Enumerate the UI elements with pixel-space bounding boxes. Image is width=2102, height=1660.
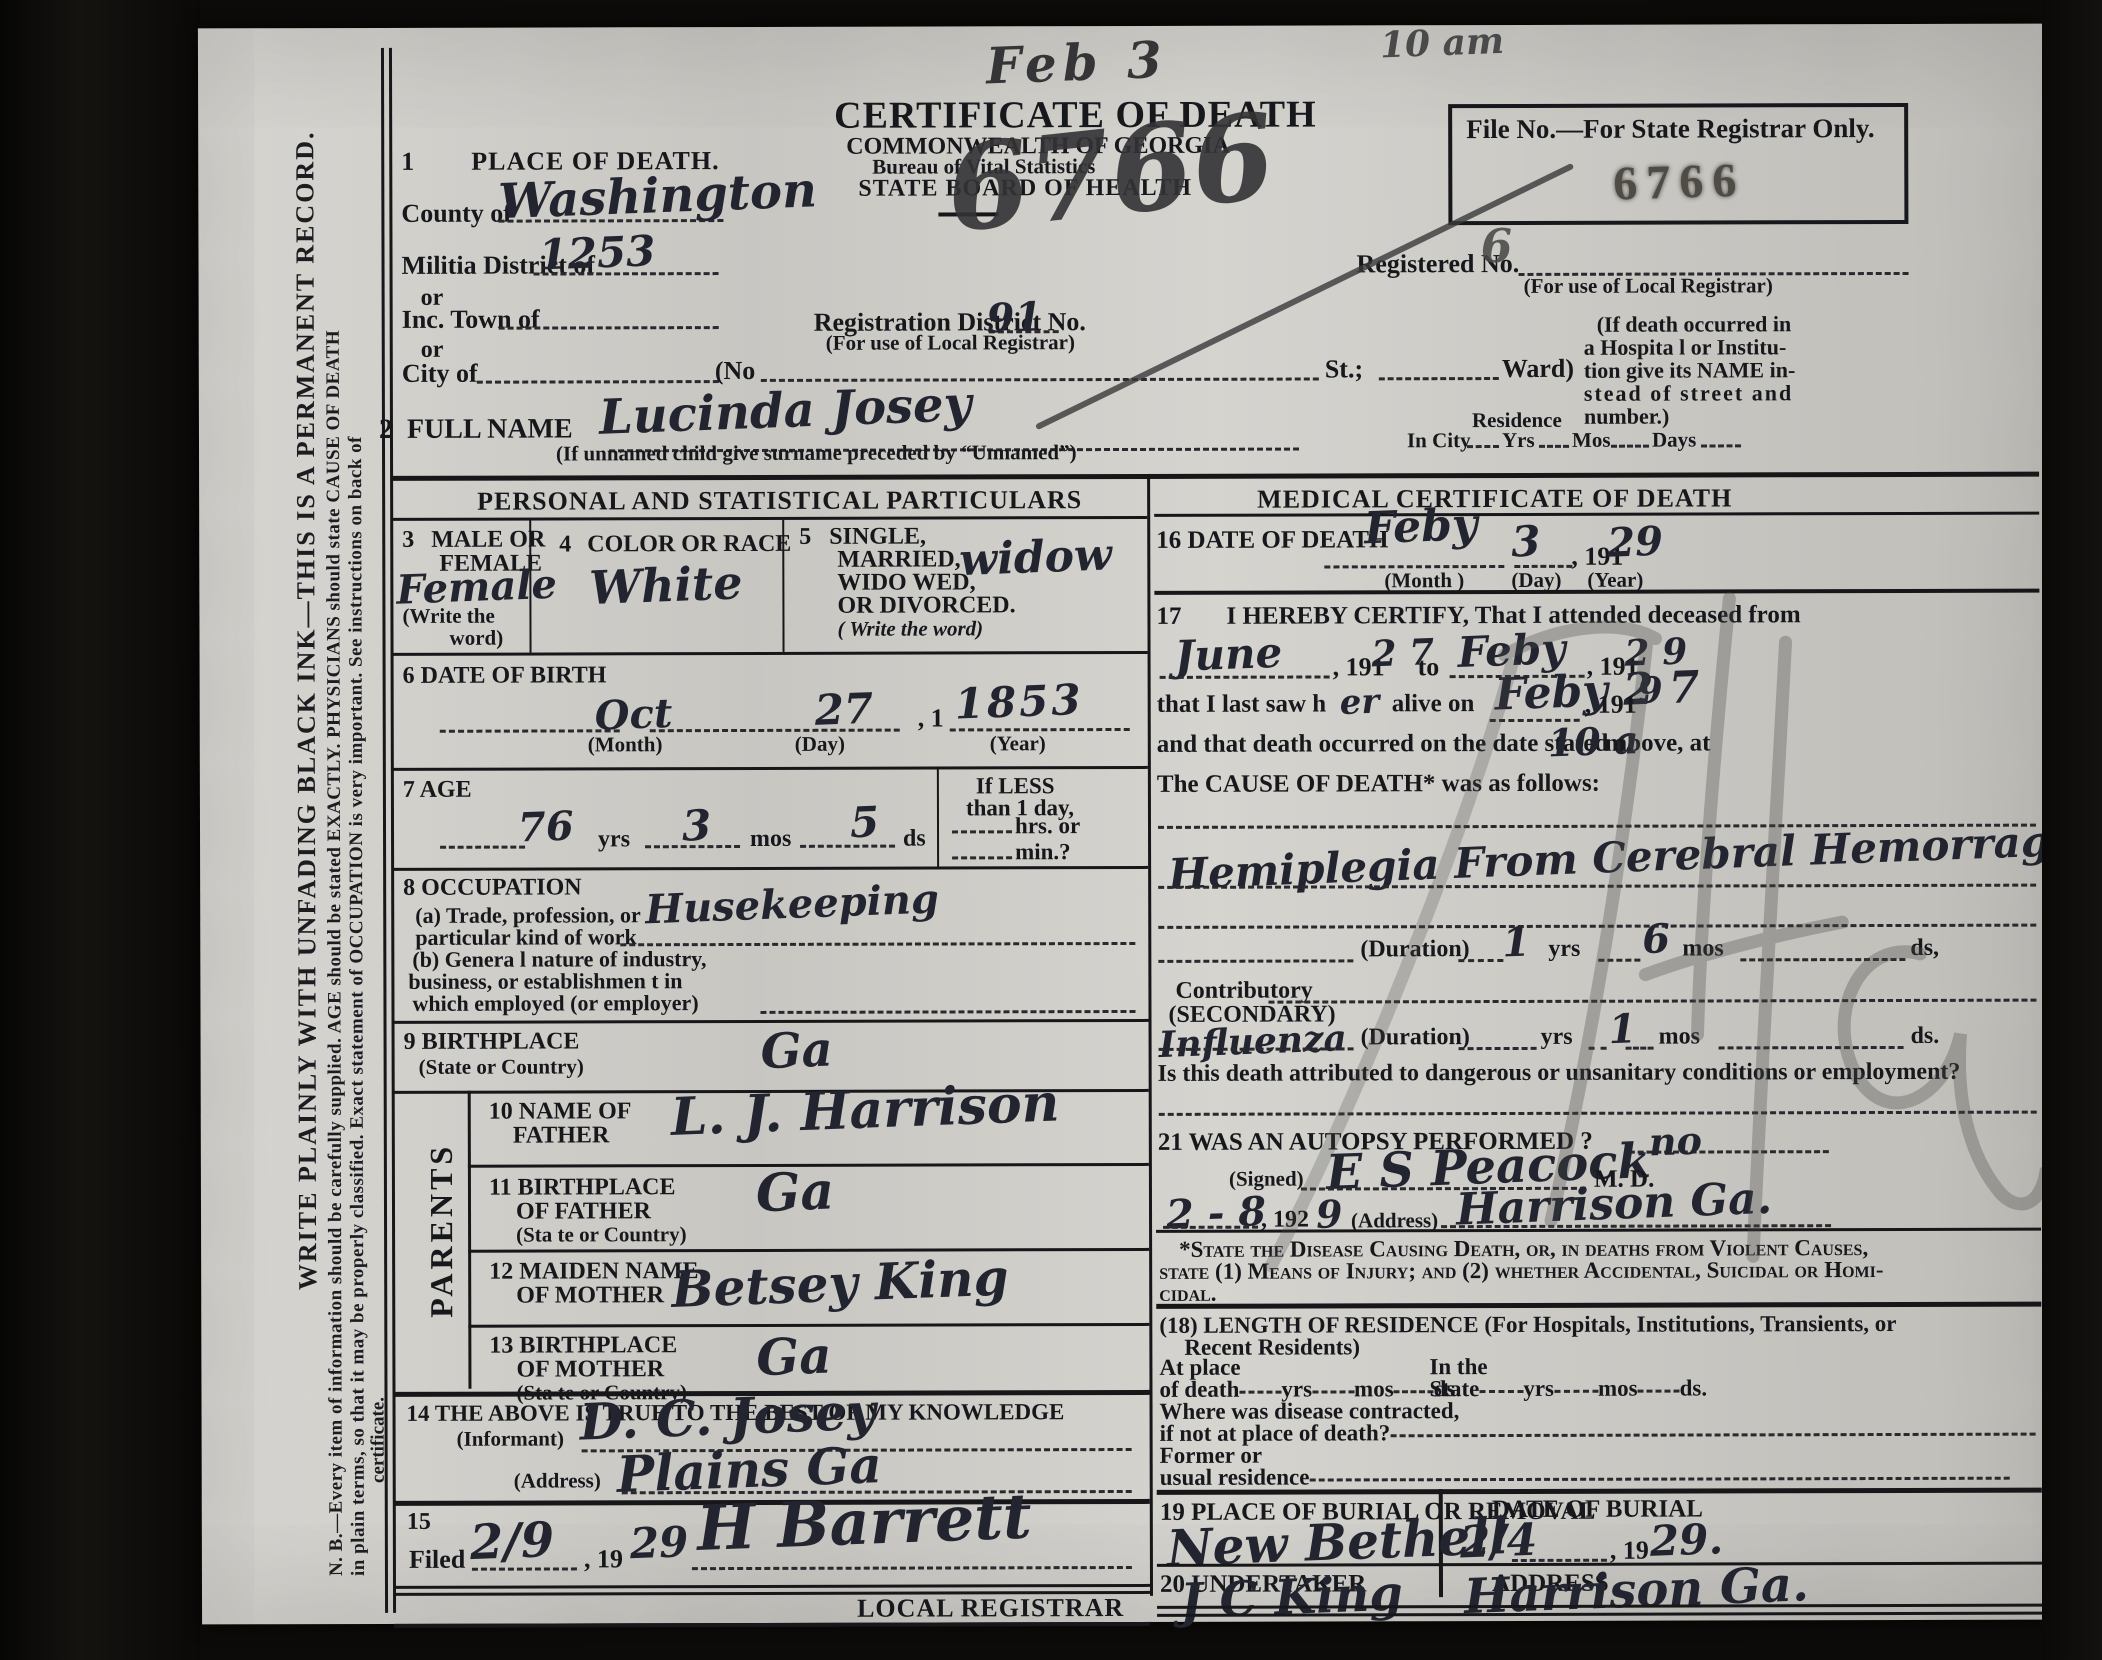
field16-day-caption: (Day) xyxy=(1511,569,1561,591)
duration2-years-caption: yrs xyxy=(1541,1025,1573,1050)
field3-label-line1: MALE OR xyxy=(431,528,545,553)
field5-value: widow xyxy=(959,533,1113,583)
residence-dash-2 xyxy=(1539,443,1569,448)
pencil-top-time: 10 am xyxy=(1379,23,1504,64)
field16-year-caption: (Year) xyxy=(1587,569,1643,591)
field8-b-dashline xyxy=(760,1008,1135,1014)
fullname-note: (If unnamed child give surname preceded … xyxy=(556,441,1077,464)
margin-note-terms: in plain terms, so that it may be proper… xyxy=(345,436,370,1576)
field12-value: Betsey King xyxy=(670,1252,1009,1315)
no-label: (No xyxy=(715,357,756,384)
duration1-years-caption: yrs xyxy=(1548,937,1580,962)
duration2-label: (Duration) xyxy=(1361,1025,1470,1050)
field7-less-line3: hrs. or xyxy=(1015,814,1080,838)
field1-number: 1 xyxy=(401,148,414,175)
filed-label: Filed xyxy=(409,1546,465,1573)
duration1-label: (Duration) xyxy=(1360,937,1469,962)
informant-address-label: (Address) xyxy=(514,1469,601,1491)
field5-note: ( Write the word) xyxy=(837,617,983,639)
field8-b-line3: which employed (or employer) xyxy=(412,991,698,1015)
field7-days-value: 5 xyxy=(849,801,880,844)
field21-value: no xyxy=(1648,1122,1702,1162)
field8-value: Husekeeping xyxy=(645,879,940,930)
field6-month-caption: (Month) xyxy=(588,733,663,755)
file-box-label: File No.—For State Registrar Only. xyxy=(1466,114,1875,143)
duration2-dash3 xyxy=(1626,1045,1654,1050)
margin-rule-inner xyxy=(389,48,396,1613)
field16-month-value: Feby xyxy=(1363,503,1478,551)
ward-label: Ward) xyxy=(1502,355,1574,382)
medical-section-header: MEDICAL CERTIFICATE OF DEATH xyxy=(1257,484,1732,513)
field6-year-caption: (Year) xyxy=(990,732,1046,754)
duration2-months-caption: mos xyxy=(1659,1024,1700,1049)
contributory-value: Influenza xyxy=(1158,1020,1347,1063)
filed-year-prefix: , 19 xyxy=(584,1545,623,1572)
field7-months-value: 3 xyxy=(681,805,712,848)
field4-value: White xyxy=(589,559,744,611)
city-label: City of xyxy=(402,360,478,387)
registrar-signature-line xyxy=(692,1564,1132,1570)
residence-days-label: Days xyxy=(1652,429,1696,451)
field11-label-line1: 11 BIRTHPLACE xyxy=(489,1175,676,1201)
burial-year-prefix: , 19 xyxy=(1610,1537,1649,1564)
registration-district-note: (For use of Local Registrar) xyxy=(826,331,1075,354)
last-saw-her: er xyxy=(1339,685,1380,720)
residence-dash-3 xyxy=(1611,443,1649,448)
field3-note-line1: (Write the xyxy=(402,605,494,627)
duration1-days-caption: ds, xyxy=(1910,936,1939,961)
residence-in-city-label: In City xyxy=(1407,429,1471,451)
field7-years-value: 76 xyxy=(517,806,574,848)
header-section-divider xyxy=(391,472,2039,481)
signature-year: 9 xyxy=(1315,1195,1343,1234)
last-saw-label2: alive on xyxy=(1392,691,1475,717)
footnote-line3: cidal. xyxy=(1159,1282,1216,1306)
field11-label-line3: (Sta te or Country) xyxy=(516,1223,687,1245)
cause-dashed-line2 xyxy=(1158,882,2036,889)
residence-mos-label: Mos xyxy=(1572,429,1611,451)
duration1-years-value: 1 xyxy=(1502,922,1531,963)
field4-label: COLOR OR RACE xyxy=(587,532,791,558)
field13-label-line1: 13 BIRTHPLACE xyxy=(489,1333,677,1359)
last-saw-label1: that I last saw h xyxy=(1157,691,1327,718)
fullname-value: Lucinda Josey xyxy=(598,380,972,442)
city-line xyxy=(477,378,719,384)
fullname-number: 2 xyxy=(379,415,393,444)
field16-year-value: 29 xyxy=(1607,522,1664,564)
hospital-note-line4: stead of street and xyxy=(1584,381,1793,405)
local-registrar-signature: H Barrett xyxy=(696,1485,1033,1560)
cause-dashed-line3 xyxy=(1158,922,2036,929)
signature-date-dash xyxy=(1163,1224,1258,1229)
field6-bottom-line xyxy=(392,766,1148,771)
field15-double-line-a xyxy=(394,1584,1150,1589)
field9-label: 9 BIRTHPLACE xyxy=(404,1029,580,1055)
field15-number: 15 xyxy=(407,1510,431,1535)
file-number-stamp: 6766 xyxy=(1613,153,1747,212)
row345-bottom-line xyxy=(392,651,1148,656)
field3-note-line2: word) xyxy=(449,627,503,649)
hospital-note-line2: a Hospita l or Institu- xyxy=(1584,335,1787,359)
personal-section-header: PERSONAL AND STATISTICAL PARTICULARS xyxy=(477,486,1082,515)
field9-value: Ga xyxy=(760,1026,834,1077)
column-divider xyxy=(1147,474,1153,1596)
filed-line xyxy=(472,1565,577,1570)
footnote-bottom-line xyxy=(1156,1302,2041,1309)
filed-date-value: 2/9 xyxy=(469,1516,555,1567)
dangerous-conditions-question: Is this death attributed to dangerous or… xyxy=(1158,1060,1961,1087)
last-saw-year-prefix: , 191 xyxy=(1585,691,1637,718)
field3-number: 3 xyxy=(402,528,414,553)
field16-month-caption: (Month ) xyxy=(1384,569,1464,591)
duration1-dash0 xyxy=(1158,957,1353,963)
certify-to-label: to xyxy=(1418,653,1440,680)
residence-dash-4 xyxy=(1701,442,1741,447)
field6-label: 6 DATE OF BIRTH xyxy=(403,663,607,689)
field7-bottom-line xyxy=(392,866,1148,871)
field10-label-line1: 10 NAME OF xyxy=(489,1099,632,1125)
field6-day-line xyxy=(650,727,900,733)
scanned-death-certificate: { "scan": { "pencil_top_date": "Feb 3", … xyxy=(0,0,2102,1660)
burial-date-dash xyxy=(1512,1557,1607,1562)
hospital-note-line5: number.) xyxy=(1584,405,1669,428)
field7-dash-1 xyxy=(440,844,525,849)
signed-label: (Signed) xyxy=(1229,1168,1304,1190)
margin-note-nb: N. B.—Every item of information should b… xyxy=(323,330,348,1576)
field13-label-line2: OF MOTHER xyxy=(516,1357,664,1383)
field10-label-line2: FATHER xyxy=(513,1123,610,1148)
field7-months-caption: mos xyxy=(750,827,791,852)
field16-label: 16 DATE OF DEATH xyxy=(1156,527,1388,554)
field13-value: Ga xyxy=(755,1330,832,1383)
footnote-line2: state (1) Means of Injury; and (2) wheth… xyxy=(1159,1258,1883,1284)
militia-value: 1253 xyxy=(538,230,656,276)
pencil-top-date: Feb 3 xyxy=(985,35,1168,92)
duration1-months-value: 6 xyxy=(1642,919,1671,960)
residence-dash-1 xyxy=(1467,443,1499,448)
field6-year-prefix: , 1 xyxy=(918,704,944,731)
field11-value: Ga xyxy=(755,1165,835,1220)
field7-years-caption: yrs xyxy=(598,827,630,852)
st-label: St.; xyxy=(1325,355,1363,382)
disease-contracted-line2: if not at place of death? xyxy=(1160,1420,2036,1446)
parents-inner-border xyxy=(468,1091,472,1389)
field7-days-caption: ds xyxy=(903,827,926,852)
personal-header-underline xyxy=(391,516,1147,521)
in-the-line2: Stateyrsmosds. xyxy=(1429,1376,1707,1401)
fullname-label: FULL NAME xyxy=(407,414,573,444)
field12-label-line2: OF MOTHER xyxy=(516,1283,664,1309)
left-column-bottom-line xyxy=(394,1622,1150,1628)
st-line xyxy=(1379,375,1499,380)
duration2-dash0 xyxy=(1159,1045,1354,1051)
registered-no-note: (For use of Local Registrar) xyxy=(1524,274,1773,297)
field4-number: 4 xyxy=(559,532,571,557)
certificate-paper: WRITE PLAINLY WITH UNFADING BLACK INK—TH… xyxy=(198,24,2050,1625)
margin-rule-outer xyxy=(381,48,388,1613)
county-label: County of xyxy=(401,200,512,228)
field11-label-line2: OF FATHER xyxy=(516,1199,651,1225)
hospital-note-line1: (If death occurred in xyxy=(1597,312,1792,336)
filed-year-value: 29 xyxy=(629,1521,689,1565)
death-m-label: m. xyxy=(1605,731,1632,757)
last-saw-year: 9 xyxy=(1637,672,1663,709)
dangerous-answer-line xyxy=(1159,1109,2037,1116)
county-value: Washington xyxy=(498,166,818,226)
informant-label: (Informant) xyxy=(457,1427,564,1449)
duration2-days-caption: ds. xyxy=(1911,1024,1940,1049)
field16-bottom-line xyxy=(1154,589,2039,595)
local-registrar-label: LOCAL REGISTRAR xyxy=(857,1594,1124,1622)
residence-yrs-label: Yrs xyxy=(1502,429,1535,451)
field16-day-value: 3 xyxy=(1510,520,1541,563)
former-residence-line2: usual residence xyxy=(1160,1464,2010,1490)
field7-less-dash1 xyxy=(952,828,1012,833)
field10-value: L. J. Harrison xyxy=(670,1077,1060,1144)
pencil-big-file-number: 6766 xyxy=(941,97,1280,250)
field7-dash-3 xyxy=(800,843,895,848)
duration1-dash2 xyxy=(1598,957,1640,962)
signature-address-label: (Address) xyxy=(1351,1209,1438,1231)
field9-note: (State or Country) xyxy=(419,1055,584,1077)
field6-day-caption: (Day) xyxy=(795,733,845,755)
duration2-dash4 xyxy=(1719,1044,1904,1049)
field7-label: 7 AGE xyxy=(403,778,472,803)
inc-town-line xyxy=(499,324,719,330)
field20-value: J C King xyxy=(1179,1569,1403,1625)
burial-year-value: 29. xyxy=(1649,1518,1724,1563)
field7-less-dash2 xyxy=(952,854,1012,859)
parents-label: PARENTS xyxy=(423,1143,460,1318)
field8-label: 8 OCCUPATION xyxy=(403,875,582,901)
registered-no-value: 6 xyxy=(1480,222,1514,269)
field6-day-value: 27 xyxy=(814,688,874,732)
signature-address-dash xyxy=(1441,1222,1831,1228)
field17-number: 17 xyxy=(1156,604,1181,630)
field7-less-divider xyxy=(937,769,939,867)
field7-less-line4: min.? xyxy=(1015,840,1071,864)
field18-bottom-line xyxy=(1157,1488,2042,1495)
margin-note-permanent-record: WRITE PLAINLY WITH UNFADING BLACK INK—TH… xyxy=(290,131,323,1291)
duration1-dash3 xyxy=(1740,956,1905,961)
field11-bottom-line xyxy=(468,1248,1149,1253)
field5-label-line4: OR DIVORCED. xyxy=(837,593,1015,619)
contributory-line xyxy=(1268,997,2036,1004)
duration2-dash2 xyxy=(1589,1045,1607,1050)
duration1-dash1 xyxy=(1458,957,1503,962)
duration1-months-caption: mos xyxy=(1682,936,1723,961)
field5-number: 5 xyxy=(799,525,811,550)
hospital-note-line3: tion give its NAME in- xyxy=(1584,358,1796,382)
certify-from-dash xyxy=(1160,673,1330,678)
field12-label-line1: 12 MAIDEN NAME xyxy=(489,1259,698,1285)
certify-from-month: June xyxy=(1174,632,1283,678)
field6-year-value: 1853 xyxy=(954,679,1084,726)
cause-of-death-label: The CAUSE OF DEATH* was as follows: xyxy=(1157,771,1600,798)
duration2-dash1 xyxy=(1459,1045,1537,1050)
